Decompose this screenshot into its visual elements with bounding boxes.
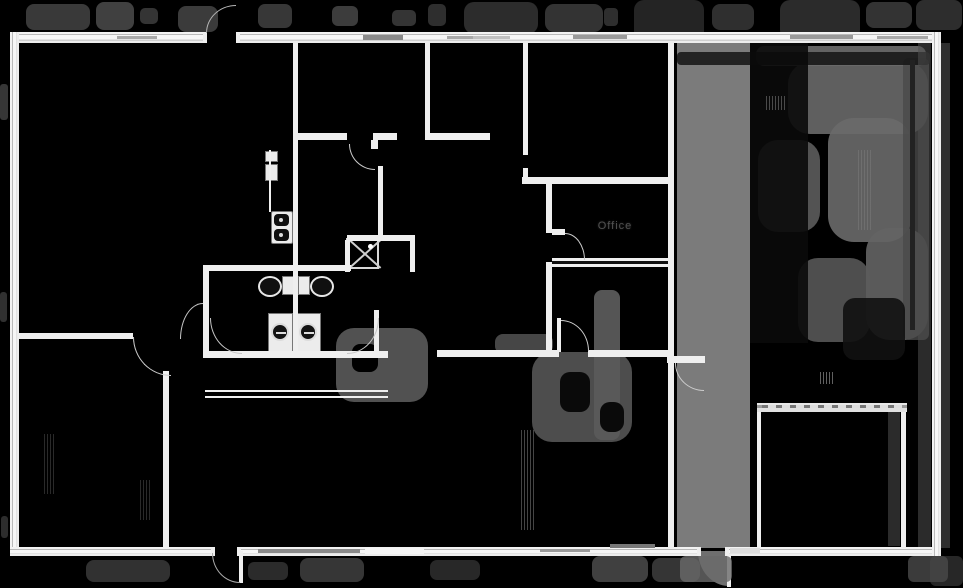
wall-h-top-rooms bbox=[425, 133, 490, 140]
office-room-label: Office bbox=[580, 220, 650, 232]
shower-head bbox=[368, 244, 373, 249]
storage-door-arc bbox=[561, 320, 589, 351]
gray-smudge bbox=[910, 60, 915, 330]
door-leaf bbox=[552, 229, 565, 235]
window bbox=[730, 548, 760, 553]
gray-smudge bbox=[941, 43, 950, 548]
wall-office-top bbox=[522, 177, 674, 184]
gray-smudge bbox=[908, 556, 948, 582]
gray-smudge bbox=[600, 402, 624, 432]
gray-smudge bbox=[86, 560, 170, 582]
gray-smudge bbox=[712, 4, 754, 30]
sink-basin bbox=[274, 214, 289, 226]
outer-wall-bottom bbox=[729, 547, 941, 556]
gray-smudge bbox=[560, 372, 590, 412]
window bbox=[540, 549, 590, 552]
bottom-left-room-door-arc bbox=[133, 337, 171, 376]
tick-marks bbox=[766, 96, 786, 110]
window bbox=[365, 548, 424, 554]
toilet-tank bbox=[298, 276, 310, 295]
gray-smudge bbox=[680, 556, 732, 582]
wall-h-top-rooms bbox=[373, 133, 397, 140]
gray-smudge bbox=[843, 298, 905, 360]
gray-smudge bbox=[545, 4, 603, 32]
gray-smudge bbox=[26, 4, 90, 30]
window bbox=[610, 544, 655, 548]
wall-shower-right bbox=[410, 237, 415, 272]
wall-rec-room-left bbox=[757, 403, 761, 548]
wall-bedroom-divider bbox=[425, 43, 430, 140]
gray-smudge bbox=[677, 43, 750, 548]
outer-wall-left bbox=[10, 32, 19, 556]
sink-drain bbox=[279, 218, 283, 222]
wall-h-great-room bbox=[437, 350, 559, 357]
window bbox=[790, 35, 853, 39]
wall-bottom-left-room-top bbox=[18, 333, 133, 339]
tick-marks bbox=[140, 480, 152, 520]
gray-smudge bbox=[750, 43, 808, 343]
counter-bar-line bbox=[205, 396, 388, 398]
gray-smudge bbox=[592, 556, 648, 582]
window bbox=[258, 549, 360, 553]
door-jamb bbox=[697, 547, 701, 556]
wall-rec-room-right bbox=[901, 403, 906, 548]
wall-garage-separation bbox=[668, 43, 674, 548]
gray-smudge bbox=[464, 2, 538, 34]
drum-cross bbox=[276, 332, 286, 334]
outer-wall-bottom bbox=[10, 547, 211, 556]
gray-smudge bbox=[1, 516, 8, 538]
counter-bar-line bbox=[205, 390, 388, 392]
kitchen-door-arc bbox=[349, 144, 375, 170]
outer-wall-top bbox=[10, 32, 206, 43]
counter-appliance bbox=[265, 151, 278, 162]
washer-unit bbox=[268, 313, 293, 354]
door-jamb bbox=[725, 547, 729, 556]
wall-kitchen-bath-divider bbox=[293, 43, 298, 358]
gray-smudge bbox=[300, 558, 364, 582]
wall-corridor-stub bbox=[667, 356, 705, 363]
wall-h-great-room bbox=[588, 350, 668, 357]
tick-marks bbox=[521, 430, 535, 530]
wall-kitchen-jog bbox=[378, 166, 383, 236]
gray-smudge bbox=[918, 43, 931, 548]
gray-smudge bbox=[248, 562, 288, 580]
washer-drum bbox=[271, 323, 289, 341]
sink-drain bbox=[279, 233, 283, 237]
gray-smudge bbox=[258, 4, 292, 28]
door-jamb bbox=[203, 33, 207, 43]
wall-bedroom-divider bbox=[523, 43, 528, 155]
outer-wall-right bbox=[932, 32, 941, 556]
tick-marks bbox=[820, 372, 834, 384]
wall-shower-top bbox=[347, 235, 415, 241]
toilet-bowl bbox=[310, 276, 334, 297]
gray-smudge bbox=[916, 0, 962, 30]
counter-appliance bbox=[265, 164, 278, 181]
washer-drum bbox=[299, 323, 317, 341]
floor-plan: Office bbox=[0, 0, 963, 588]
gray-smudge bbox=[96, 2, 134, 30]
door-jamb bbox=[236, 33, 240, 43]
bath-entry-door-arc bbox=[180, 303, 203, 339]
wall-bottom-left-room bbox=[163, 371, 169, 547]
gray-smudge bbox=[392, 10, 416, 26]
toilet-bowl bbox=[258, 276, 282, 297]
exterior-door-arc-bottom bbox=[212, 553, 240, 583]
gray-smudge bbox=[430, 560, 480, 580]
kitchen-sink bbox=[271, 211, 293, 244]
window bbox=[473, 36, 510, 39]
wall-bath-top bbox=[203, 265, 351, 271]
window bbox=[117, 36, 157, 39]
wall-bath-left bbox=[203, 265, 209, 358]
counter-edge bbox=[269, 150, 271, 212]
gray-smudge bbox=[866, 2, 912, 28]
window bbox=[877, 36, 928, 39]
gray-smudge bbox=[140, 8, 158, 24]
drum-cross bbox=[304, 332, 314, 334]
sink-basin bbox=[274, 229, 289, 241]
bath-left-door-arc bbox=[210, 318, 242, 354]
gray-smudge bbox=[332, 6, 358, 26]
wall-office-left bbox=[546, 182, 552, 233]
window bbox=[573, 35, 627, 39]
gray-smudge bbox=[0, 292, 7, 322]
window bbox=[762, 405, 902, 408]
wall-h-top-rooms bbox=[293, 133, 347, 140]
gray-smudge bbox=[604, 8, 618, 26]
gray-smudge bbox=[428, 4, 446, 26]
wall-office-left bbox=[546, 262, 552, 353]
tick-marks bbox=[858, 150, 872, 230]
gray-smudge bbox=[888, 412, 900, 546]
tick-marks bbox=[44, 434, 56, 494]
window bbox=[363, 35, 403, 40]
washer-unit bbox=[296, 313, 321, 354]
gray-smudge bbox=[0, 84, 8, 120]
office-door-arc bbox=[565, 233, 585, 260]
